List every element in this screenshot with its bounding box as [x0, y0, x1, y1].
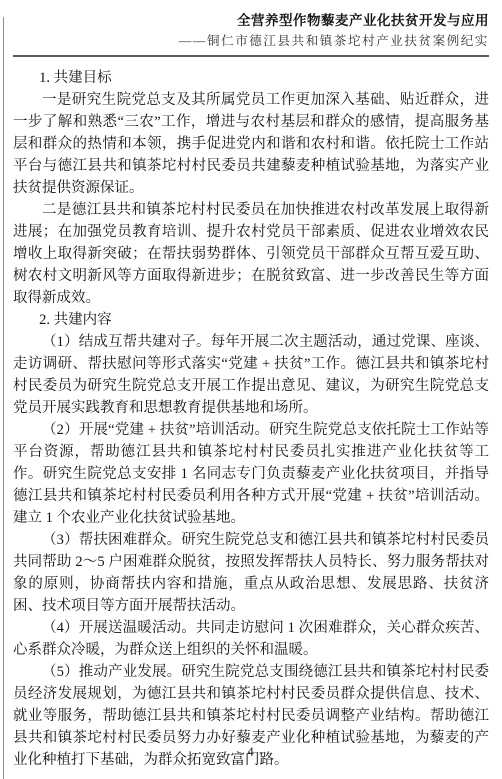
page-header: 全营养型作物藜麦产业化扶贫开发与应用 ——铜仁市德江县共和镇茶坨村产业扶贫案例纪… [13, 12, 489, 49]
header-rule [13, 55, 489, 57]
document-body: 1. 共建目标 一是研究生院党总支及其所属党员工作更加深入基础、贴近群众，进一步… [13, 67, 489, 771]
running-head-title: 全营养型作物藜麦产业化扶贫开发与应用 [13, 12, 489, 29]
section-heading-goals: 1. 共建目标 [13, 67, 489, 89]
scan-edge-line [3, 17, 4, 779]
paragraph-content-1: （1）结成互帮共建对子。每年开展二次主题活动，通过党课、座谈、走访调研、帮扶慰问… [13, 331, 489, 419]
document-page: 全营养型作物藜麦产业化扶贫开发与应用 ——铜仁市德江县共和镇茶坨村产业扶贫案例纪… [0, 0, 502, 779]
section-heading-content: 2. 共建内容 [13, 309, 489, 331]
paragraph-goal-2: 二是德江县共和镇茶坨村村民委员在加快推进农村改革发展上取得新进展；在加强党员教育… [13, 199, 489, 309]
paragraph-goal-1: 一是研究生院党总支及其所属党员工作更加深入基础、贴近群众，进一步了解和熟悉“三农… [13, 89, 489, 199]
page-footer: - 4 - [0, 744, 502, 760]
paragraph-content-4: （4）开展送温暖活动。共同走访慰问 1 次困难群众，关心群众疾苦、心系群众冷暖，… [13, 617, 489, 661]
paragraph-content-3: （3）帮扶困难群众。研究生院党总支和德江县共和镇茶坨村村民委员共同帮助 2～5 … [13, 529, 489, 617]
page-number: - 4 - [238, 744, 265, 759]
paragraph-content-2: （2）开展“党建 + 扶贫”培训活动。研究生院党总支依托院士工作站等平台资源，帮… [13, 419, 489, 529]
running-head-subtitle: ——铜仁市德江县共和镇茶坨村产业扶贫案例纪实 [13, 33, 489, 49]
